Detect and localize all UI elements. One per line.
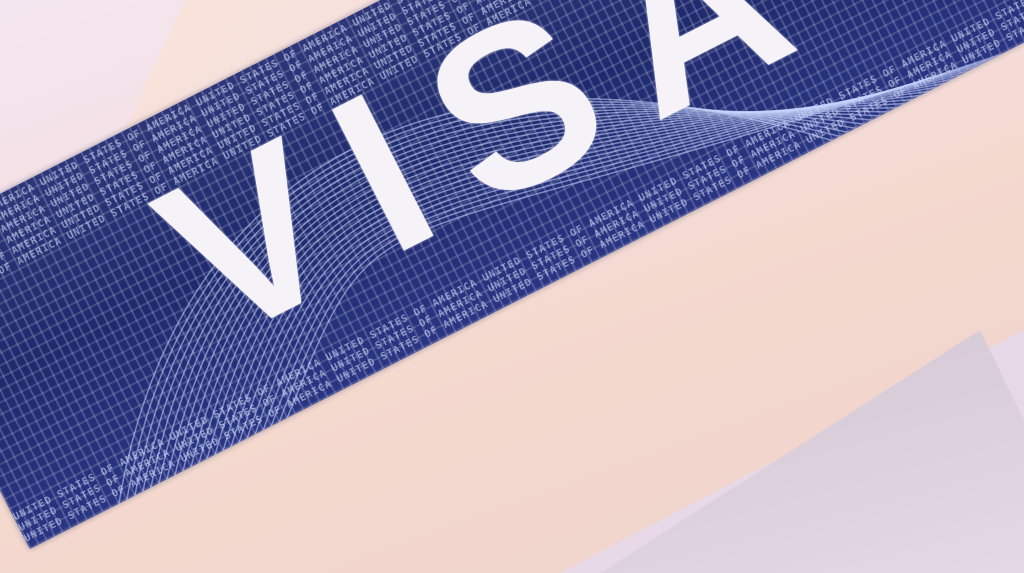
visa-photo: UNITED STATES OF AMERICA UNITED STATES O…	[0, 0, 1024, 573]
